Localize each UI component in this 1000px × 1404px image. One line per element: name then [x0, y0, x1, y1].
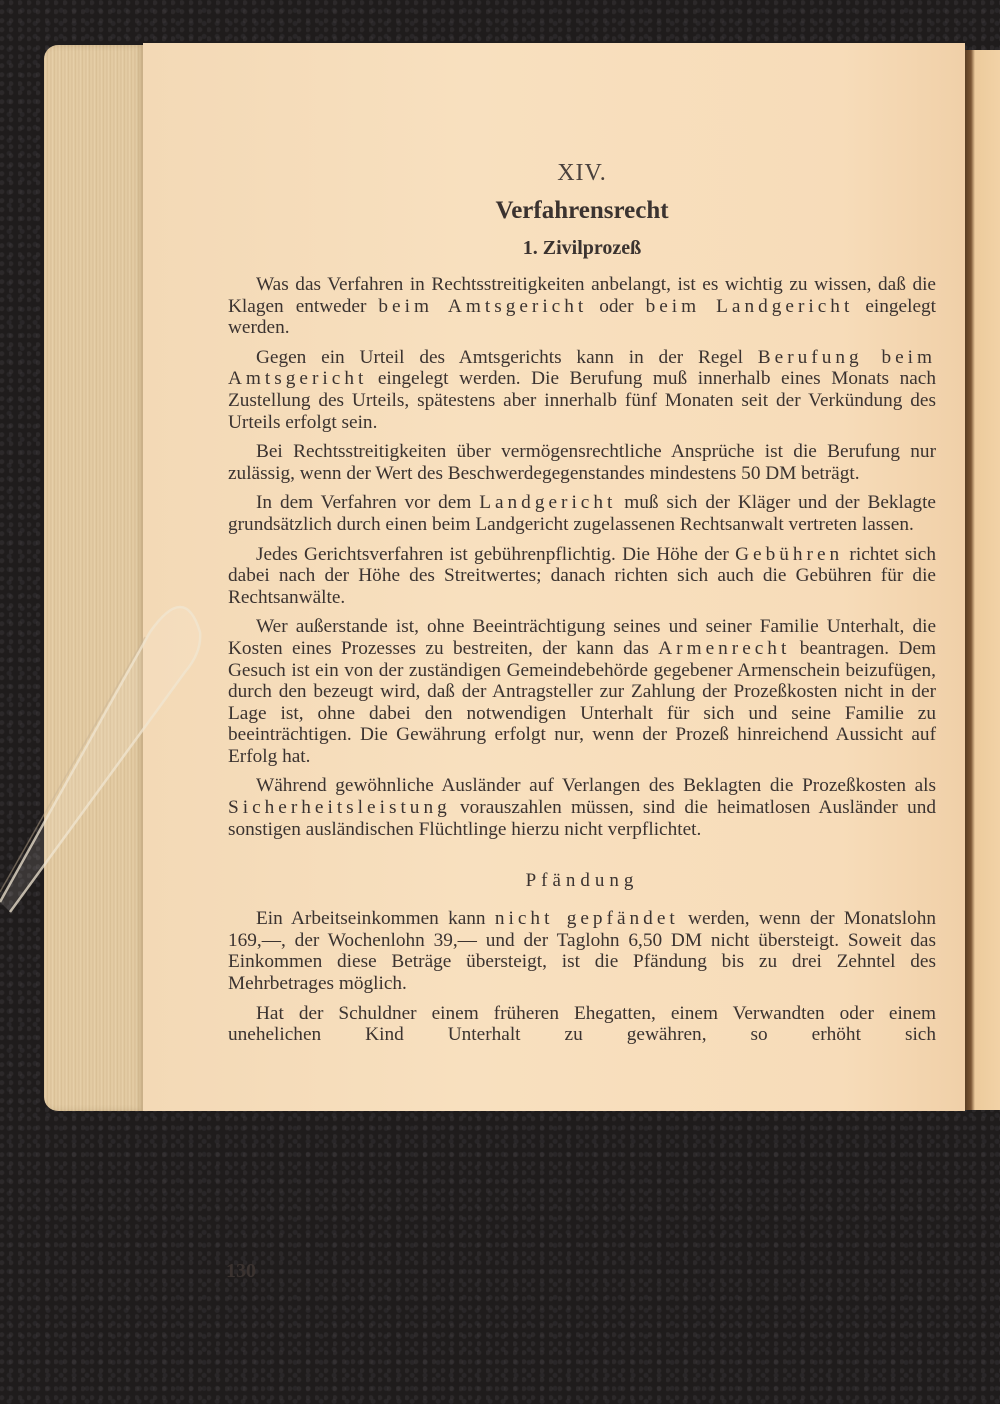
emphasis-landgericht: beim Landgericht [646, 296, 854, 317]
emphasis-nicht-gepfaendet: nicht gepfändet [495, 908, 679, 929]
paragraph-4: In dem Verfahren vor dem Landgericht muß… [228, 492, 936, 535]
page-content: XIV. Verfahrensrecht 1. Zivilprozeß Was … [228, 160, 936, 1054]
chapter-number: XIV. [228, 160, 936, 187]
sub-heading-pfaendung: Pfändung [228, 870, 936, 892]
paragraph-6: Wer außerstande ist, ohne Beeinträchtigu… [228, 616, 936, 767]
paragraph-5: Jedes Gerichtsverfahren ist gebührenpfli… [228, 544, 936, 609]
paragraph-8: Ein Arbeitseinkommen kann nicht gepfände… [228, 908, 936, 994]
emphasis-sicherheitsleistung: Sicherheitsleistung [228, 797, 451, 818]
paragraph-3: Bei Rechtsstreitigkeiten über vermögensr… [228, 441, 936, 484]
chapter-title: Verfahrensrecht [228, 197, 936, 225]
emphasis-armenrecht: Armenrecht [658, 638, 790, 659]
page-number: 130 [226, 1260, 256, 1283]
section-title: 1. Zivilprozeß [228, 237, 936, 260]
paragraph-9: Hat der Schuldner einem früheren Ehegatt… [228, 1003, 936, 1046]
emphasis-amtsgericht: beim Amtsgericht [378, 296, 587, 317]
next-page-edge [965, 50, 1000, 1110]
paragraph-1: Was das Verfahren in Rechtsstreitigkeite… [228, 274, 936, 339]
paragraph-7: Während gewöhnliche Ausländer auf Verlan… [228, 775, 936, 840]
page-edge-stack [44, 45, 144, 1111]
emphasis-gebuehren: Gebühren [735, 544, 843, 565]
emphasis-landgericht-2: Landgericht [479, 492, 616, 513]
paragraph-2: Gegen ein Urteil des Amtsgerichts kann i… [228, 347, 936, 433]
